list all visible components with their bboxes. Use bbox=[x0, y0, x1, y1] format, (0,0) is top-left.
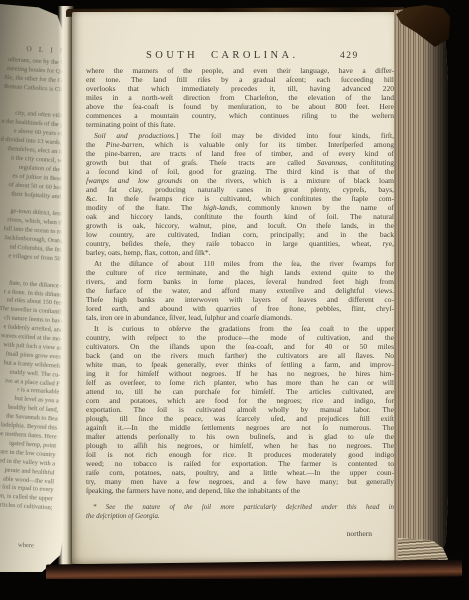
text-line: terminating point of this ſtate. bbox=[86, 120, 394, 129]
book-photo: O L I N A utherans, one by the Metho-mee… bbox=[0, 0, 469, 600]
text-line: the ſurface of the water, and afford man… bbox=[86, 286, 394, 295]
text-line: ſelf as overſeer, to ſome rich planter, … bbox=[86, 378, 394, 387]
paragraph: where the manners of the people, and eve… bbox=[86, 66, 394, 129]
text-line: weed; no tobacco is raiſed for exportati… bbox=[86, 459, 394, 468]
text-line: a ſecond kind of ſoil, good for grazing.… bbox=[86, 167, 394, 176]
text-line: corn and potatoes, which are food for th… bbox=[86, 396, 394, 405]
text-line: commences a mountain country, which cont… bbox=[86, 111, 394, 120]
text-line: raiſe corn, potatoes, oats, poultry, and… bbox=[86, 468, 394, 477]
catchword: northern bbox=[86, 529, 394, 538]
book-page: SOUTH CAROLINA. 429 where the manners of… bbox=[72, 12, 398, 564]
text-line: plough to aſſiſt his negroes, or himſelf… bbox=[86, 441, 394, 450]
text-line: maſter attends perſonally to his own buſ… bbox=[86, 432, 394, 441]
page-header-title: SOUTH CAROLINA. bbox=[146, 50, 299, 61]
text-line: overlooks that which immediately precede… bbox=[86, 84, 394, 93]
text-line: try, many men have a few negroes, and a … bbox=[86, 477, 394, 486]
text-line: oak and hiccory lands, conſtitute the fo… bbox=[86, 212, 394, 221]
text-line: attend to, till he can purchaſe for himſ… bbox=[86, 387, 394, 396]
text-line: rivers, and form banks in ſome places, ſ… bbox=[86, 277, 394, 286]
text-line: and fat clay, producing naturally canes … bbox=[86, 185, 394, 194]
text-line: ent tone. The land ſtill riſes by a grad… bbox=[86, 75, 394, 84]
text-line: ſoil is not rich enough for rice. It pro… bbox=[86, 450, 394, 459]
text-line: the Pine-barren, which is valuable only … bbox=[86, 140, 394, 149]
page-number: 429 bbox=[340, 51, 359, 61]
text-line: the deſcription of Georgia. bbox=[86, 513, 394, 522]
text-line: exportation. The ſoil is cultivated almo… bbox=[86, 405, 394, 414]
text-line: tals, iron ore in abundance, ſilver, lea… bbox=[86, 313, 394, 322]
text-line: ing it for himſelf without negroes. If h… bbox=[86, 369, 394, 378]
paragraph: It is curious to obſerve the gradations … bbox=[86, 324, 394, 495]
text-line: growth is oak, hiccory, walnut, pine, an… bbox=[86, 221, 394, 230]
text-line: where the manners of the people, and eve… bbox=[86, 66, 394, 75]
text-line: growth but that of graſs. Theſe tracts a… bbox=[86, 158, 394, 167]
text-line: Theſe high banks are interwoven with lay… bbox=[86, 295, 394, 304]
text-line: white man, to ſpeak generally, ever thin… bbox=[86, 360, 394, 369]
text-line: barley, oats, hemp, flax, cotton, and ſi… bbox=[86, 248, 394, 257]
paragraph: Soil and productions.] The ſoil may be d… bbox=[86, 131, 394, 257]
text-line: back (and on the rivers much farther) th… bbox=[86, 351, 394, 360]
text-line: ſwamps and low grounds on the rivers, wh… bbox=[86, 176, 394, 185]
background-mask bbox=[0, 579, 469, 600]
text-line: modity of the ſtate. The high-lands, com… bbox=[86, 203, 394, 212]
text-line: lored earth, and abound with quarries of… bbox=[86, 304, 394, 313]
text-line: againſt it.—In the middle ſettlements ne… bbox=[86, 423, 394, 432]
text-line: Soil and productions.] The ſoil may be d… bbox=[86, 131, 394, 140]
text-line: the pine-barren, are tracts of land free… bbox=[86, 149, 394, 158]
text-line: It is curious to obſerve the gradations … bbox=[86, 324, 394, 333]
paragraph: At the diſtance of about 110 miles from … bbox=[86, 259, 394, 322]
body-text: where the manners of the people, and eve… bbox=[86, 66, 394, 538]
footnote: * See the nature of the ſoil more partic… bbox=[86, 504, 394, 521]
text-line: low country, are cultivated, Indian corn… bbox=[86, 230, 394, 239]
text-line: At the diſtance of about 110 miles from … bbox=[86, 259, 394, 268]
text-line: &c. In theſe ſwamps rice is cultivated, … bbox=[86, 194, 394, 203]
text-line: country, with reſpect to the produce—the… bbox=[86, 333, 394, 342]
text-line: above the ſea-coaſt is found by menſurat… bbox=[86, 102, 394, 111]
left-page-catchword: where bbox=[18, 542, 34, 550]
text-line: country, beſides theſe, they raiſe tobac… bbox=[86, 239, 394, 248]
fore-edge bbox=[394, 8, 448, 570]
text-line: plough, till ſince the peace, was ſcarce… bbox=[86, 414, 394, 423]
text-line: cultivators. On the iſlands upon the ſea… bbox=[86, 342, 394, 351]
text-line: * See the nature of the ſoil more partic… bbox=[86, 504, 394, 513]
text-line: the culture of rice terminate, and the h… bbox=[86, 268, 394, 277]
text-line: ſpeaking, the farmers have none, and dep… bbox=[86, 486, 394, 495]
paragraphs: where the manners of the people, and eve… bbox=[86, 66, 394, 495]
text-line: miles in a north-weſt direction from Cha… bbox=[86, 93, 394, 102]
